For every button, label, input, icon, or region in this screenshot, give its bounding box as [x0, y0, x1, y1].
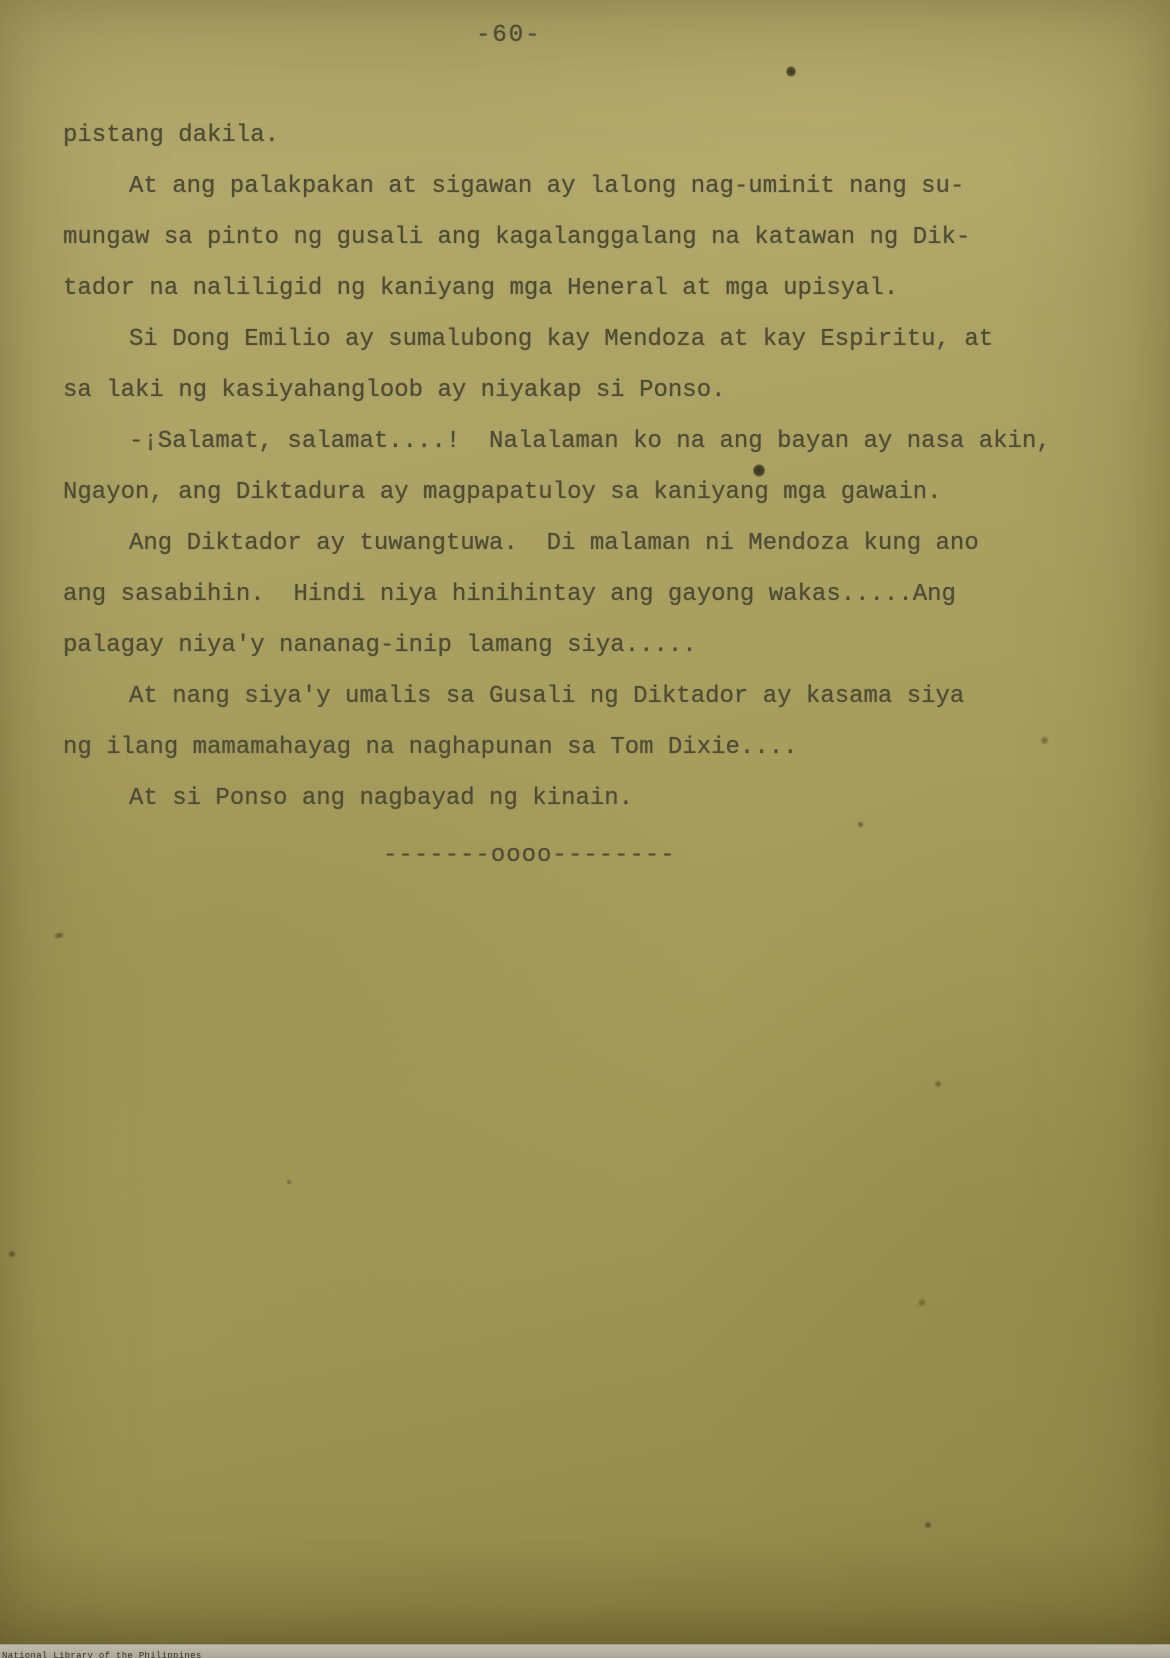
- paper-speck: [786, 66, 796, 77]
- text-line: Si Dong Emilio ay sumalubong kay Mendoza…: [63, 326, 1140, 377]
- text-line: palagay niya'y nananag-inip lamang siya.…: [63, 632, 1140, 683]
- typewritten-text: pistang dakila. At ang palakpakan at sig…: [63, 122, 1140, 893]
- text-line: mungaw sa pinto ng gusali ang kagalangga…: [63, 224, 1140, 275]
- page-number: -60-: [476, 22, 542, 49]
- footer-label: National Library of the Philippines: [0, 1650, 202, 1658]
- text-line: At ang palakpakan at sigawan ay lalong n…: [63, 173, 1140, 224]
- paper-speck: [8, 1250, 16, 1258]
- text-line: ng ilang mamamahayag na naghapunan sa To…: [63, 734, 1140, 785]
- text-line: sa laki ng kasiyahangloob ay niyakap si …: [63, 377, 1140, 428]
- text-line: At nang siya'y umalis sa Gusali ng Dikta…: [63, 683, 1140, 734]
- text-line: Ang Diktador ay tuwangtuwa. Di malaman n…: [63, 530, 1140, 581]
- text-line: Ngayon, ang Diktadura ay magpapatuloy sa…: [63, 479, 1140, 530]
- text-line: tador na naliligid ng kaniyang mga Hener…: [63, 275, 1140, 326]
- text-line: pistang dakila.: [63, 122, 1140, 173]
- footer-bar: National Library of the Philippines: [0, 1644, 1170, 1658]
- paper-speck: [924, 1521, 932, 1529]
- document-page: -60- pistang dakila. At ang palakpakan a…: [0, 0, 1170, 1658]
- paper-speck: [934, 1080, 942, 1088]
- paper-speck: [917, 1298, 927, 1307]
- paper-speck: [286, 1179, 292, 1185]
- section-divider: -------oooo--------: [63, 842, 1140, 893]
- paper-speck: [52, 931, 67, 939]
- text-line: ang sasabihin. Hindi niya hinihintay ang…: [63, 581, 1140, 632]
- text-line: At si Ponso ang nagbayad ng kinain.: [63, 785, 1140, 836]
- text-line: -¡Salamat, salamat....! Nalalaman ko na …: [63, 428, 1140, 479]
